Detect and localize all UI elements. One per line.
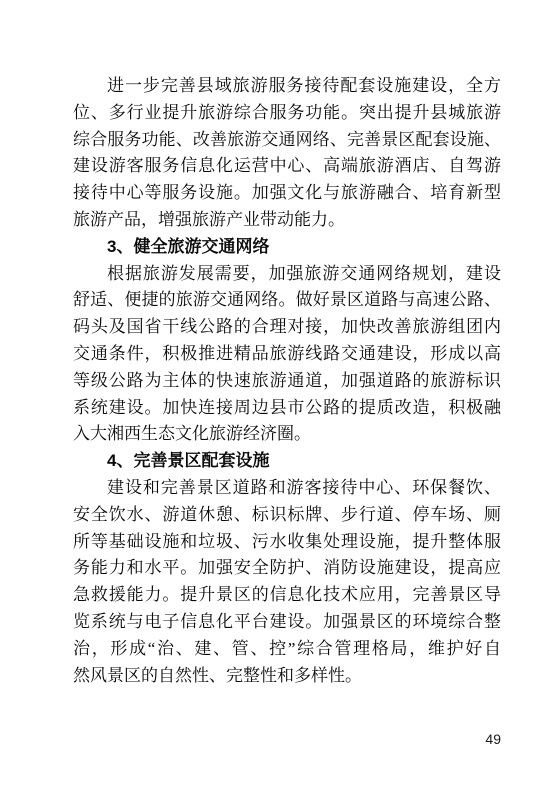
text-line: 建设游客服务信息化运营中心、高端旅游酒店、自驾游: [73, 153, 501, 180]
text-line: 建设和完善景区道路和游客接待中心、环保餐饮、: [73, 475, 501, 502]
text-line: 安全饮水、游道休憩、标识标牌、步行道、停车场、厕: [73, 502, 501, 529]
text-line: 接待中心等服务设施。加强文化与旅游融合、培育新型: [73, 180, 501, 207]
page-footer: 49: [73, 730, 501, 749]
text-line: 位、多行业提升旅游综合服务功能。突出提升县城旅游: [73, 100, 501, 127]
text-line: 入大湘西生态文化旅游经济圈。: [73, 421, 501, 448]
text-line: 所等基础设施和垃圾、污水收集处理设施，提升整体服: [73, 529, 501, 556]
text-line: 舒适、便捷的旅游交通网络。做好景区道路与高速公路、: [73, 287, 501, 314]
text-line: 旅游产品，增强旅游产业带动能力。: [73, 207, 501, 234]
document-page: 进一步完善县域旅游服务接待配套设施建设，全方位、多行业提升旅游综合服务功能。突出…: [0, 0, 559, 793]
section-heading: 4、完善景区配套设施: [73, 448, 501, 475]
text-line: 根据旅游发展需要，加强旅游交通网络规划，建设: [73, 261, 501, 288]
text-line: 等级公路为主体的快速旅游通道，加强道路的旅游标识: [73, 368, 501, 395]
text-line: 然风景区的自然性、完整性和多样性。: [73, 663, 501, 690]
text-line: 览系统与电子信息化平台建设。加强景区的环境综合整: [73, 609, 501, 636]
text-line: 系统建设。加快连接周边县市公路的提质改造，积极融: [73, 395, 501, 422]
text-line: 务能力和水平。加强安全防护、消防设施建设，提高应: [73, 555, 501, 582]
text-line: 码头及国省干线公路的合理对接，加快改善旅游组团内: [73, 314, 501, 341]
text-line: 急救援能力。提升景区的信息化技术应用，完善景区导: [73, 582, 501, 609]
document-body: 进一步完善县域旅游服务接待配套设施建设，全方位、多行业提升旅游综合服务功能。突出…: [73, 73, 501, 689]
text-line: 综合服务功能、改善旅游交通网络、完善景区配套设施、: [73, 127, 501, 154]
page-number: 49: [485, 731, 501, 747]
text-line: 进一步完善县域旅游服务接待配套设施建设，全方: [73, 73, 501, 100]
paragraph: 进一步完善县域旅游服务接待配套设施建设，全方位、多行业提升旅游综合服务功能。突出…: [73, 73, 501, 234]
text-line: 交通条件，积极推进精品旅游线路交通建设，形成以高: [73, 341, 501, 368]
section-heading: 3、健全旅游交通网络: [73, 234, 501, 261]
text-line: 治，形成“治、建、管、控”综合管理格局，维护好自: [73, 636, 501, 663]
paragraph: 建设和完善景区道路和游客接待中心、环保餐饮、安全饮水、游道休憩、标识标牌、步行道…: [73, 475, 501, 689]
paragraph: 根据旅游发展需要，加强旅游交通网络规划，建设舒适、便捷的旅游交通网络。做好景区道…: [73, 261, 501, 449]
